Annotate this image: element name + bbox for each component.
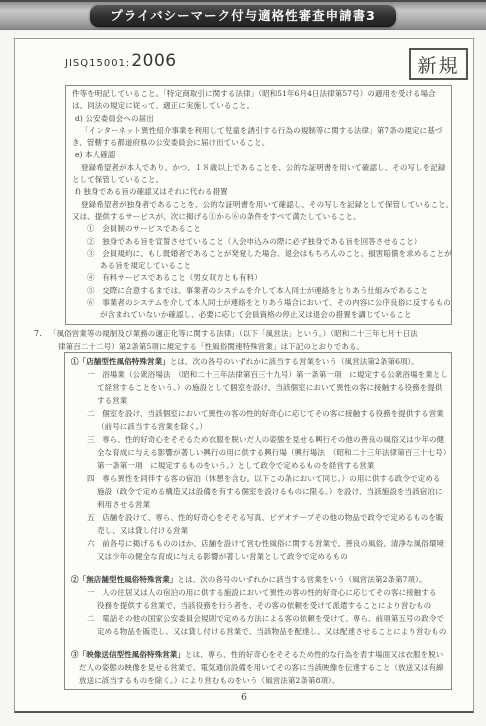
list-item-line: が含まれていないか確認し、必要に応じて会員資格の停止又は退会の措置を講じているこ… [72,309,445,321]
text-line: d) 公安委員会への届出 [72,113,445,125]
requirements-continuation-box: 件等を明記していること。「特定商取引に関する法律」（昭和51年6月4日法律第57… [65,85,452,325]
definition-term: ②「無店舗型性風俗特殊営業」 [71,575,177,584]
jis-standard-label: JISQ15001: 2006 [65,51,177,71]
text-line: き、管轄する都道府県の公安委員会に届け出ていること。 [72,137,445,149]
fuzoku-definitions-box: ①「店舗型性風俗特殊営業」とは、次の各号のいずれかに該当する営業をいう（風営法第… [64,352,452,690]
page-frame: JISQ15001: 2006 新規 件等を明記していること。「特定商取引に関す… [14,38,474,713]
definition-heading: ①「店舗型性風俗特殊営業」とは、次の各号のいずれかに該当する営業をいう（風営法第… [71,355,445,368]
list-item-line: ある旨を規定していること [72,260,445,272]
list-item-line: 一 人の住居又は人の宿泊の用に供する施設において異性の客の性的好奇心に応じてその… [71,586,445,599]
list-item-line: て経営することをいう。）の施設として個室を設け、当該個室において異性の客に接触す… [71,381,445,394]
text-line: 放送に該当するものを除く。）により営むものをいう（風営法第2条第8項）。 [71,674,445,687]
list-item-line: 全な育成に与える影響が著しい興行の用に供する興行場（興行場法 （昭和二十三年法律… [71,446,445,459]
list-item-line: 三 専ら、性的好奇心をそそるため衣服を脱いだ人の姿態を見せる興行その他の善良の風… [71,433,445,446]
definition-term: ③「映像送信型性風俗特殊営業」 [71,650,185,659]
list-item-line: 一 浴場業（公衆浴場法 （昭和二十三年法律第百三十九号）第一条第一項 に規定する… [71,368,445,381]
list-item-line: ① 会員制のサービスであること [72,223,445,235]
text-line: 件等を明記していること。「特定商取引に関する法律」（昭和51年6月4日法律第57… [72,88,445,100]
text-line: 又は、提供するサービスが、次に掲げる①から⑥の条件をすべて満たしていること。 [72,211,445,223]
list-item-line: 第一条第一項 に規定するものをいう。）として政令で定めるものを経営する営業 [71,459,445,472]
list-item-line: ⑤ 交際に合意するまでは、事業者のシステムを介して本人同士が連絡をとりあう仕組み… [72,285,445,297]
list-item-line: 四 専ら異性を同伴する客の宿泊（休憩を含む。以下この条において同じ。）の用に供す… [71,472,445,485]
definition-term: ①「店舗型性風俗特殊営業」 [71,357,170,366]
page-number: 6 [15,692,473,703]
list-item-line: 利用させる営業 [71,498,445,511]
list-item-line: ⑥ 事業者のシステムを介して本人同士が連絡をとりあう場合において、その内容に公序… [72,297,445,309]
section-text: 「風俗営業等の規制及び業務の適正化等に関する法律」（以下「風営法」という。）（昭… [49,329,418,338]
list-item-line: ② 独身である旨を宣誓させていること（入会申込みの際に必ず独身である旨を回答させ… [72,236,445,248]
list-item-line: （前号に該当する営業を除く。） [71,420,445,433]
status-badge-new: 新規 [409,48,468,80]
section-7-paragraph: 7.「風俗営業等の規制及び業務の適正化等に関する法律」（以下「風営法」という。）… [34,327,444,353]
text-line: だ人の姿態の映像を見せる営業で、電気通信設備を用いてその客に当該映像を伝達するこ… [71,661,445,674]
section-number: 7. [34,327,42,340]
list-item-line: 五 店舗を設けて、専ら、性的好奇心をそそる写真、ビデオテープその他の物品で政令で… [71,511,445,524]
list-item-line: する営業 [71,394,445,407]
list-item-line: 施設（政令で定める構造又は設備を有する個室を設けるものに限る。）を設け、当該施設… [71,485,445,498]
spacer [71,563,445,573]
definition-heading: ②「無店舗型性風俗特殊営業」とは、次の各号のいずれかに該当する営業をいう（風営法… [71,573,445,586]
text-line: は、同法の規定に従って、適正に実施していること。 [72,100,445,112]
text-line: として保管していること。 [72,174,445,186]
definition-text: とは、次の各号のいずれかに該当する営業をいう（風営法第2条第7項）。 [177,575,426,584]
document-title: プライバシーマーク付与適格性審査申請書3 [90,4,396,27]
list-item-line: 六 前各号に掲げるもののほか、店舗を設けて営む性風俗に関する営業で、善良の風俗、… [71,537,445,550]
list-item-line: 二 電話その他の国家公安委員会規則で定める方法による客の依頼を受けて、専ら、前項… [71,612,445,625]
definition-text: とは、次の各号のいずれかに該当する営業をいう（風営法第2条第6項）。 [170,357,419,366]
list-item-line: 役務を提供する営業で、当該役務を行う者を、その客の依頼を受けて派遣することにより… [71,599,445,612]
text-line: 登録希望者が独身者であることを、公的な証明書を用いて確認し、その写しを記録として… [72,199,445,211]
list-item-line: 又は少年の健全な育成に与える影響が著しい営業として政令で定めるもの [71,550,445,563]
definition-heading: ③「映像送信型性風俗特殊営業」とは、専ら、性的好奇心をそそるため性的な行為を表す… [71,648,445,661]
text-line: 「インターネット異性紹介事業を利用して児童を誘引する行為の規制等に関する法律」第… [72,125,445,137]
list-item-line: 売し、又は貸し付ける営業 [71,524,445,537]
text-line: f) 独身である旨の確認又はそれに代わる措置 [72,186,445,198]
text-line: e) 本人確認 [72,149,445,161]
jis-standard-year: 2006 [131,51,176,71]
definition-text: とは、専ら、性的好奇心をそそるため性的な行為を表す場面又は衣服を脱い [185,650,443,659]
text-line: 7.「風俗営業等の規制及び業務の適正化等に関する法律」（以下「風営法」という。）… [34,327,444,340]
list-item-line: ③ 会員規約に、もし既婚者であることが発覚した場合、退会はもちろんのこと、損害賠… [72,248,445,260]
list-item-line: 定める物品を販売し、又は貸し付ける営業で、当該物品を配達し、又は配達させることに… [71,625,445,638]
title-bar: プライバシーマーク付与適格性審査申請書3 [0,0,486,30]
jis-standard-prefix: JISQ15001: [65,58,130,69]
text-line: 登録希望者が本人であり、かつ、１８歳以上であることを、公的な証明書を用いて確認し… [72,162,445,174]
list-item-line: 二 個室を設け、当該個室において異性の客の性的好奇心に応じてその客に接触する役務… [71,407,445,420]
list-item-line: ④ 有料サービスであること（男女双方とも有料） [72,272,445,284]
spacer [71,638,445,648]
